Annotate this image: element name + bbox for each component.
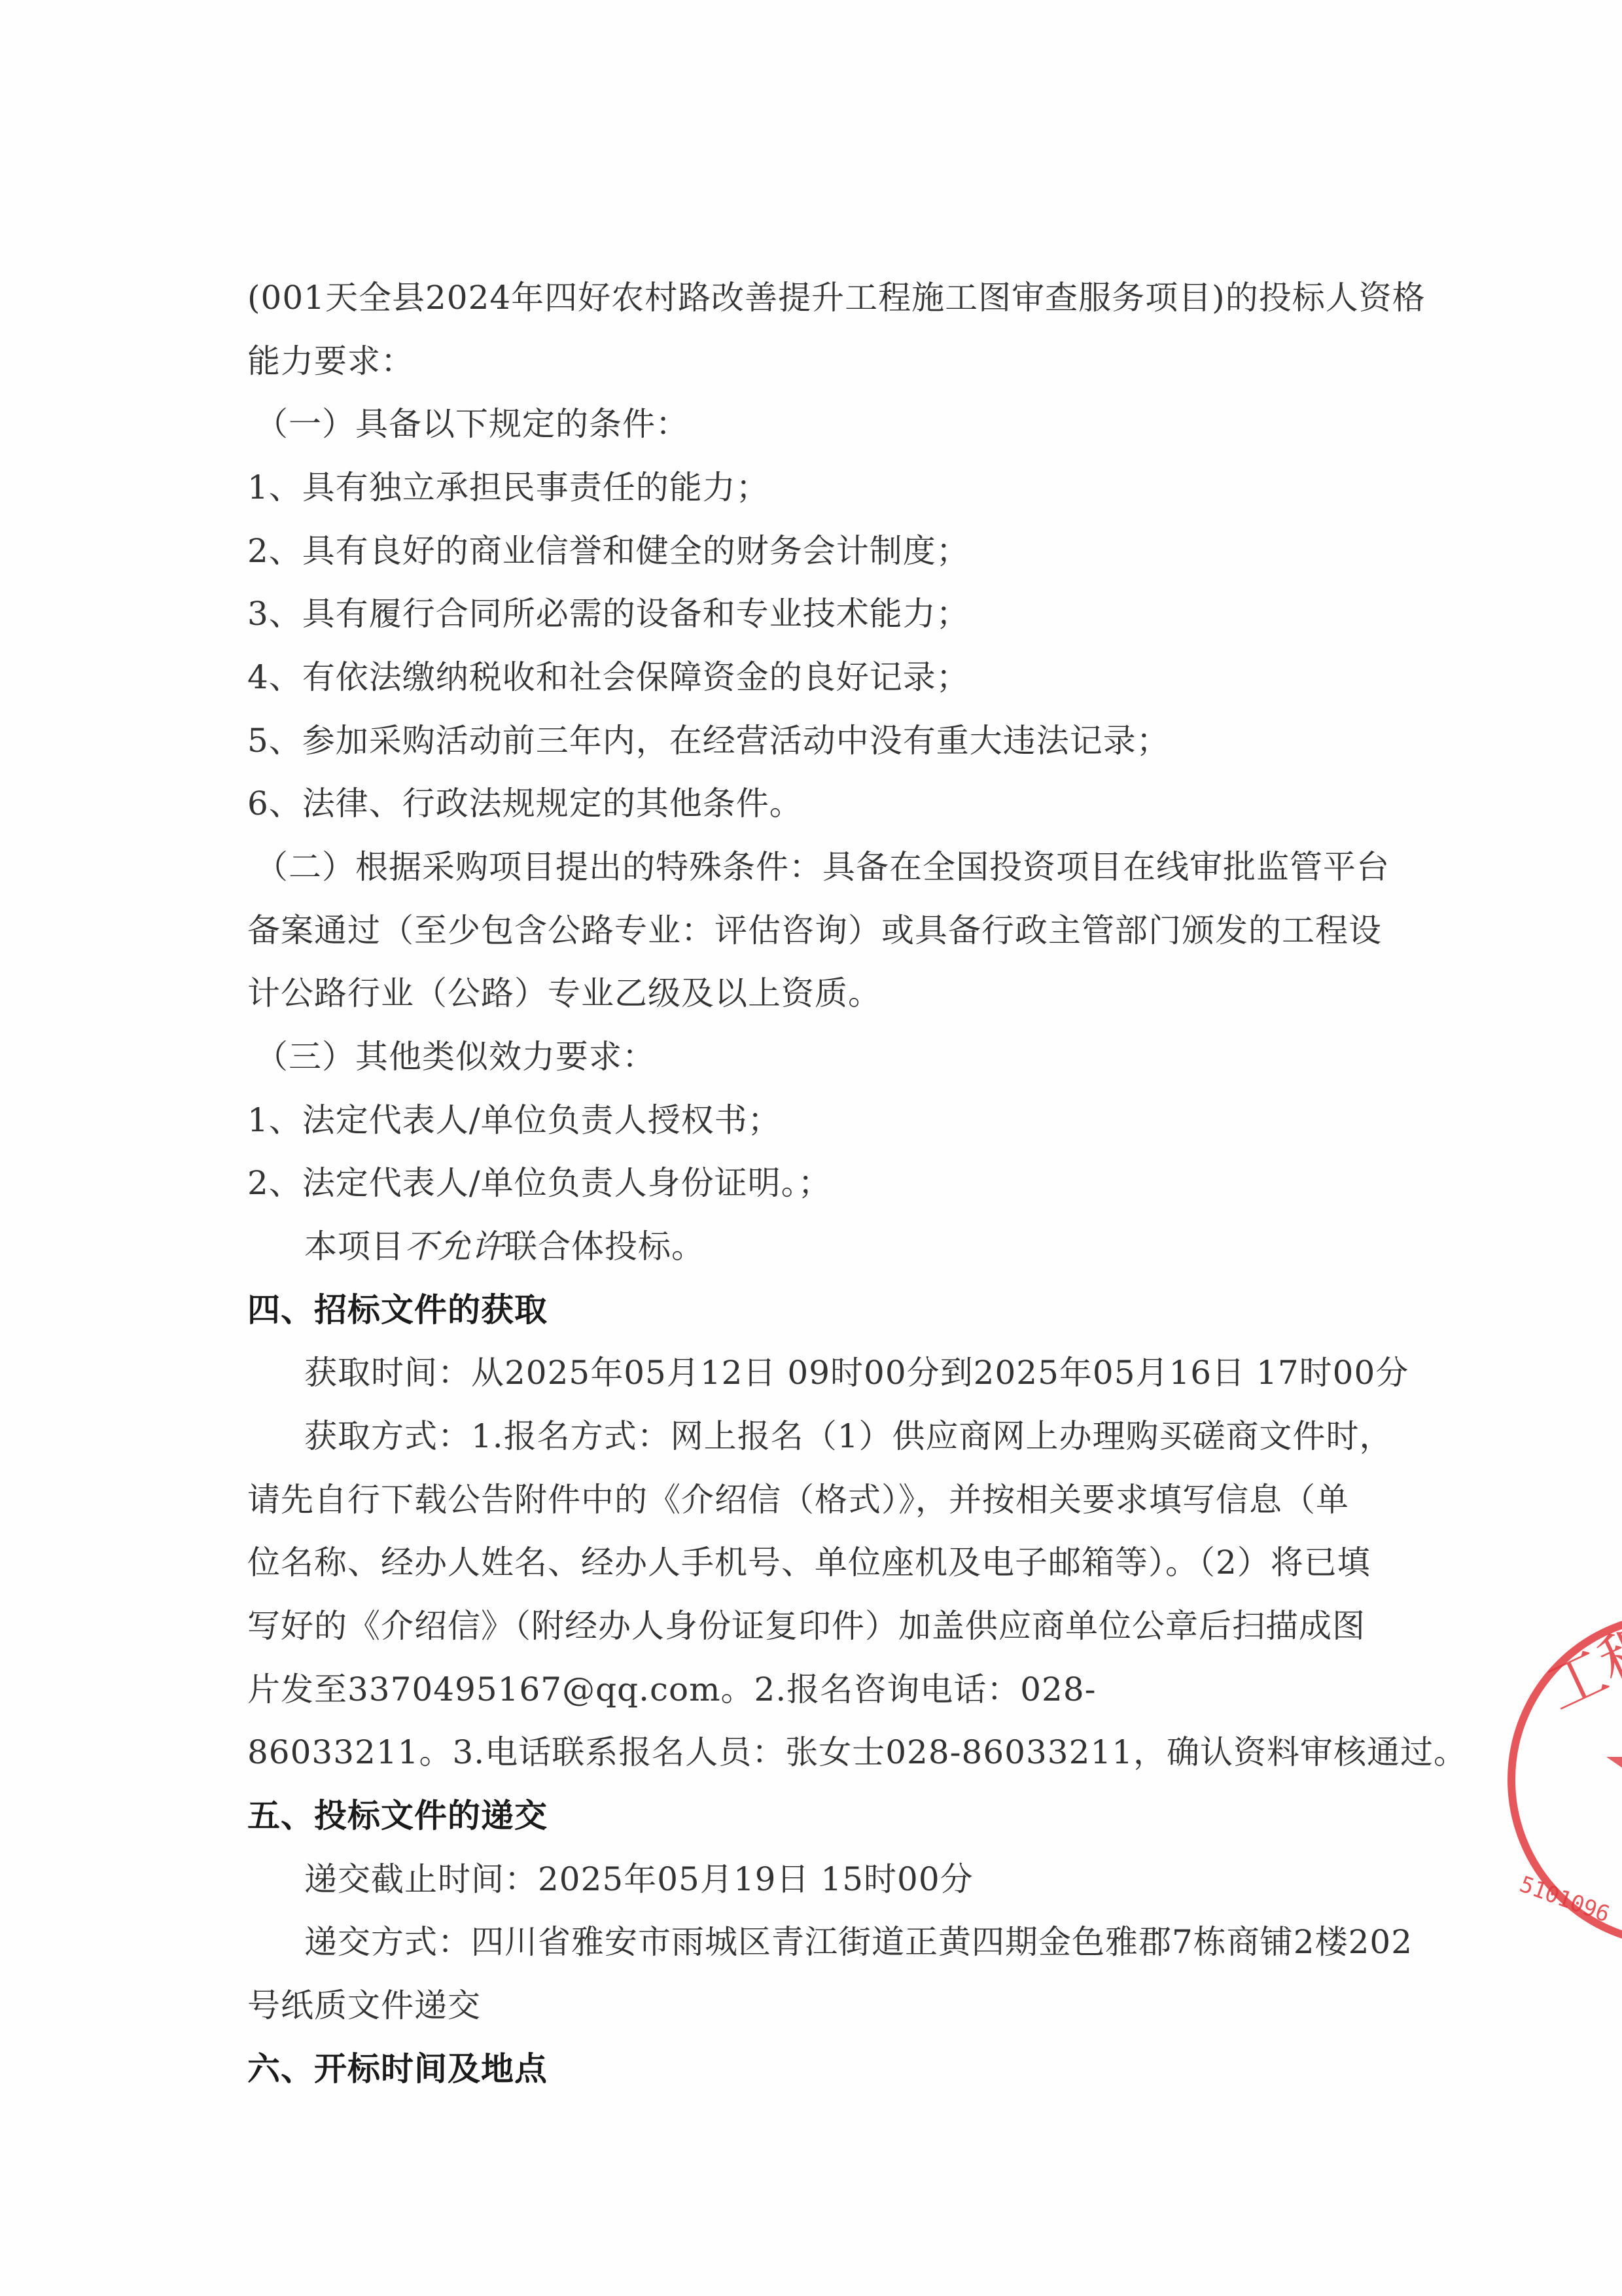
submission-method-line-1: 递交方式：四川省雅安市雨城区青江街道正黄四期金色雅郡7栋商铺2楼202 (304, 1922, 1413, 1962)
seal-number: 5101096 (1516, 1871, 1613, 1928)
section-1-item-4: 4、有依法缴纳税收和社会保障资金的良好记录； (247, 658, 970, 697)
section-2-line-3: 计公路行业（公路）专业乙级及以上资质。 (247, 974, 881, 1013)
section-5-heading: 五、投标文件的递交 (247, 1796, 548, 1835)
section-1-item-2: 2、具有良好的商业信誉和健全的财务会计制度； (247, 531, 970, 571)
section-1-item-1: 1、具有独立承担民事责任的能力； (247, 468, 769, 507)
intro-line-1: (001天全县2024年四好农村路改善提升工程施工图审查服务项目)的投标人资格 (247, 278, 1426, 317)
seal-text: 工程 (1536, 1612, 1622, 1724)
section-3-item-2: 2、法定代表人/单位负责人身份证明。； (247, 1163, 832, 1203)
submission-deadline: 递交截止时间：2025年05月19日 15时00分 (304, 1860, 974, 1899)
seal-star-icon (1606, 1708, 1622, 1835)
section-1-title: （一）具备以下规定的条件： (255, 404, 689, 444)
acquisition-method-line-5: 片发至3370495167@qq.com。2.报名咨询电话：028- (247, 1670, 1097, 1709)
acquisition-method-line-1: 获取方式：1.报名方式：网上报名（1）供应商网上办理购买磋商文件时， (304, 1417, 1393, 1456)
official-seal-stamp: 工程 5101096 (1505, 1610, 1622, 1950)
section-3-title: （三）其他类似效力要求： (255, 1037, 656, 1076)
section-4-heading: 四、招标文件的获取 (247, 1290, 548, 1330)
section-1-item-6: 6、法律、行政法规规定的其他条件。 (247, 784, 803, 823)
consortium-note: 本项目不允许联合体投标。 (304, 1227, 705, 1266)
acquisition-method-line-3: 位名称、经办人姓名、经办人手机号、单位座机及电子邮箱等）。（2）将已填 (247, 1543, 1371, 1582)
intro-line-2: 能力要求： (247, 342, 414, 381)
section-1-item-5: 5、参加采购活动前三年内，在经营活动中没有重大违法记录； (247, 721, 1170, 760)
section-3-item-1: 1、法定代表人/单位负责人授权书； (247, 1101, 781, 1140)
acquisition-method-line-6: 86033211。3.电话联系报名人员：张女士028-86033211，确认资料… (247, 1733, 1467, 1772)
section-2-line-1: （二）根据采购项目提出的特殊条件：具备在全国投资项目在线审批监管平台 (255, 847, 1390, 887)
consortium-emphasis: 不允许 (404, 1227, 504, 1265)
section-1-item-3: 3、具有履行合同所必需的设备和专业技术能力； (247, 594, 970, 633)
submission-method-line-2: 号纸质文件递交 (247, 1986, 481, 2025)
consortium-prefix: 本项目 (304, 1227, 404, 1265)
acquisition-method-line-2: 请先自行下载公告附件中的《介绍信（格式）》，并按相关要求填写信息（单 (247, 1480, 1349, 1519)
document-page: (001天全县2024年四好农村路改善提升工程施工图审查服务项目)的投标人资格 … (0, 0, 1622, 2296)
acquisition-time: 获取时间：从2025年05月12日 09时00分到2025年05月16日 17时… (304, 1353, 1409, 1392)
consortium-suffix: 联合体投标。 (504, 1227, 705, 1265)
section-6-heading: 六、开标时间及地点 (247, 2049, 548, 2089)
section-2-line-2: 备案通过（至少包含公路专业：评估咨询）或具备行政主管部门颁发的工程设 (247, 911, 1382, 950)
acquisition-method-line-4: 写好的《介绍信》（附经办人身份证复印件）加盖供应商单位公章后扫描成图 (247, 1606, 1366, 1646)
